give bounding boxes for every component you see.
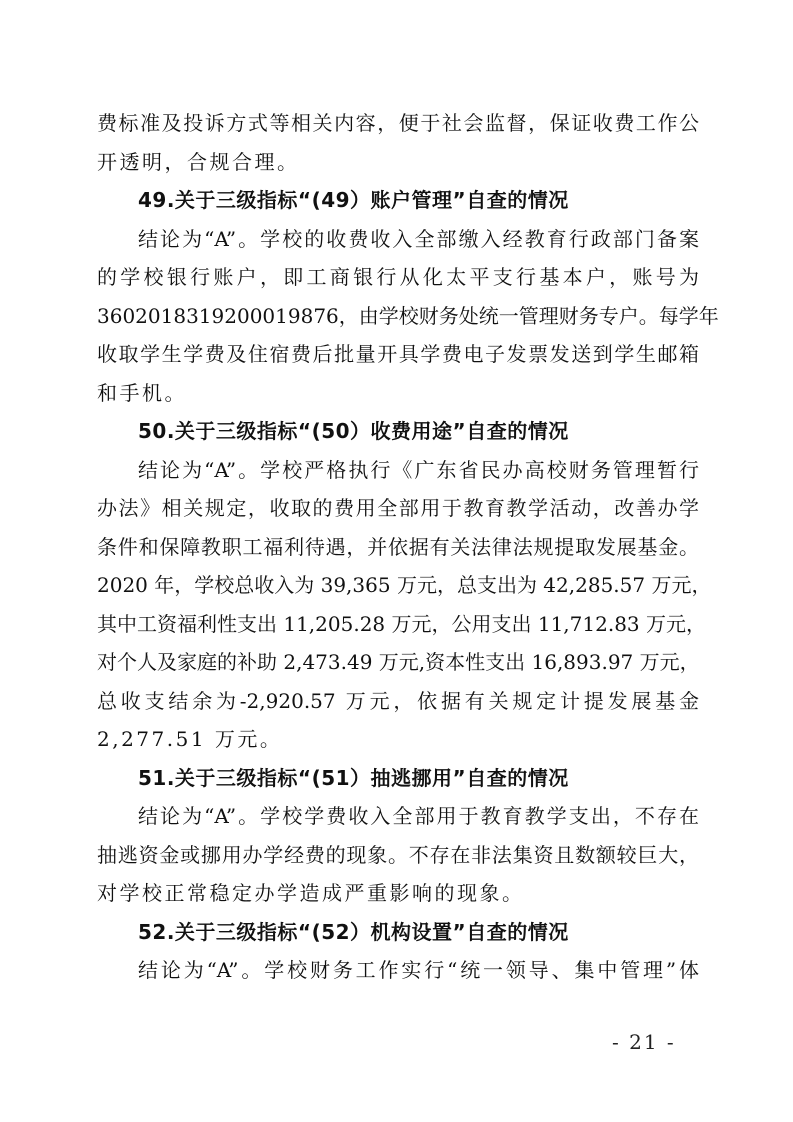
body-line: 抽逃资金或挪用办学经费的现象。不存在非法集资且数额较巨大， — [97, 836, 699, 875]
body-line: 其中工资福利性支出 11,205.28 万元，公用支出 11,712.83 万元… — [97, 605, 699, 644]
body-line: 条件和保障教职工福利待遇，并依据有关法律法规提取发展基金。 — [97, 528, 699, 567]
body-line: 结论为“A”。学校财务工作实行“统一领导、集中管理”体 — [97, 951, 699, 990]
body-line: 2,277.51 万元。 — [97, 720, 699, 759]
body-line: 收取学生学费及住宿费后批量开具学费电子发票发送到学生邮箱 — [97, 335, 699, 374]
body-line: 对学校正常稳定办学造成严重影响的现象。 — [97, 874, 699, 913]
body-line: 结论为“A”。学校学费收入全部用于教育教学支出，不存在 — [97, 797, 699, 836]
section-heading-52: 52.关于三级指标“(52）机构设置”自查的情况 — [97, 913, 699, 952]
body-line: 开透明，合规合理。 — [97, 143, 699, 182]
body-line: 的学校银行账户，即工商银行从化太平支行基本户，账号为 — [97, 258, 699, 297]
body-line: 结论为“A”。学校严格执行《广东省民办高校财务管理暂行 — [97, 451, 699, 490]
section-heading-49: 49.关于三级指标“(49）账户管理”自查的情况 — [97, 181, 699, 220]
body-line: 2020 年，学校总收入为 39,365 万元，总支出为 42,285.57 万… — [97, 566, 699, 605]
body-line: 对个人及家庭的补助 2,473.49 万元,资本性支出 16,893.97 万元… — [97, 643, 699, 682]
section-heading-51: 51.关于三级指标“(51）抽逃挪用”自查的情况 — [97, 759, 699, 798]
body-line: 费标准及投诉方式等相关内容，便于社会监督，保证收费工作公 — [97, 104, 699, 143]
section-heading-50: 50.关于三级指标“(50）收费用途”自查的情况 — [97, 412, 699, 451]
page-number: - 21 - — [612, 1030, 676, 1054]
body-line: 结论为“A”。学校的收费收入全部缴入经教育行政部门备案 — [97, 220, 699, 259]
body-line: 办法》相关规定，收取的费用全部用于教育教学活动，改善办学 — [97, 489, 699, 528]
document-page: 费标准及投诉方式等相关内容，便于社会监督，保证收费工作公 开透明，合规合理。 4… — [97, 104, 699, 990]
body-line: 和手机。 — [97, 374, 699, 413]
body-line: 总收支结余为-2,920.57 万元，依据有关规定计提发展基金 — [97, 682, 699, 721]
body-line: 3602018319200019876，由学校财务处统一管理财务专户。每学年 — [97, 297, 699, 336]
